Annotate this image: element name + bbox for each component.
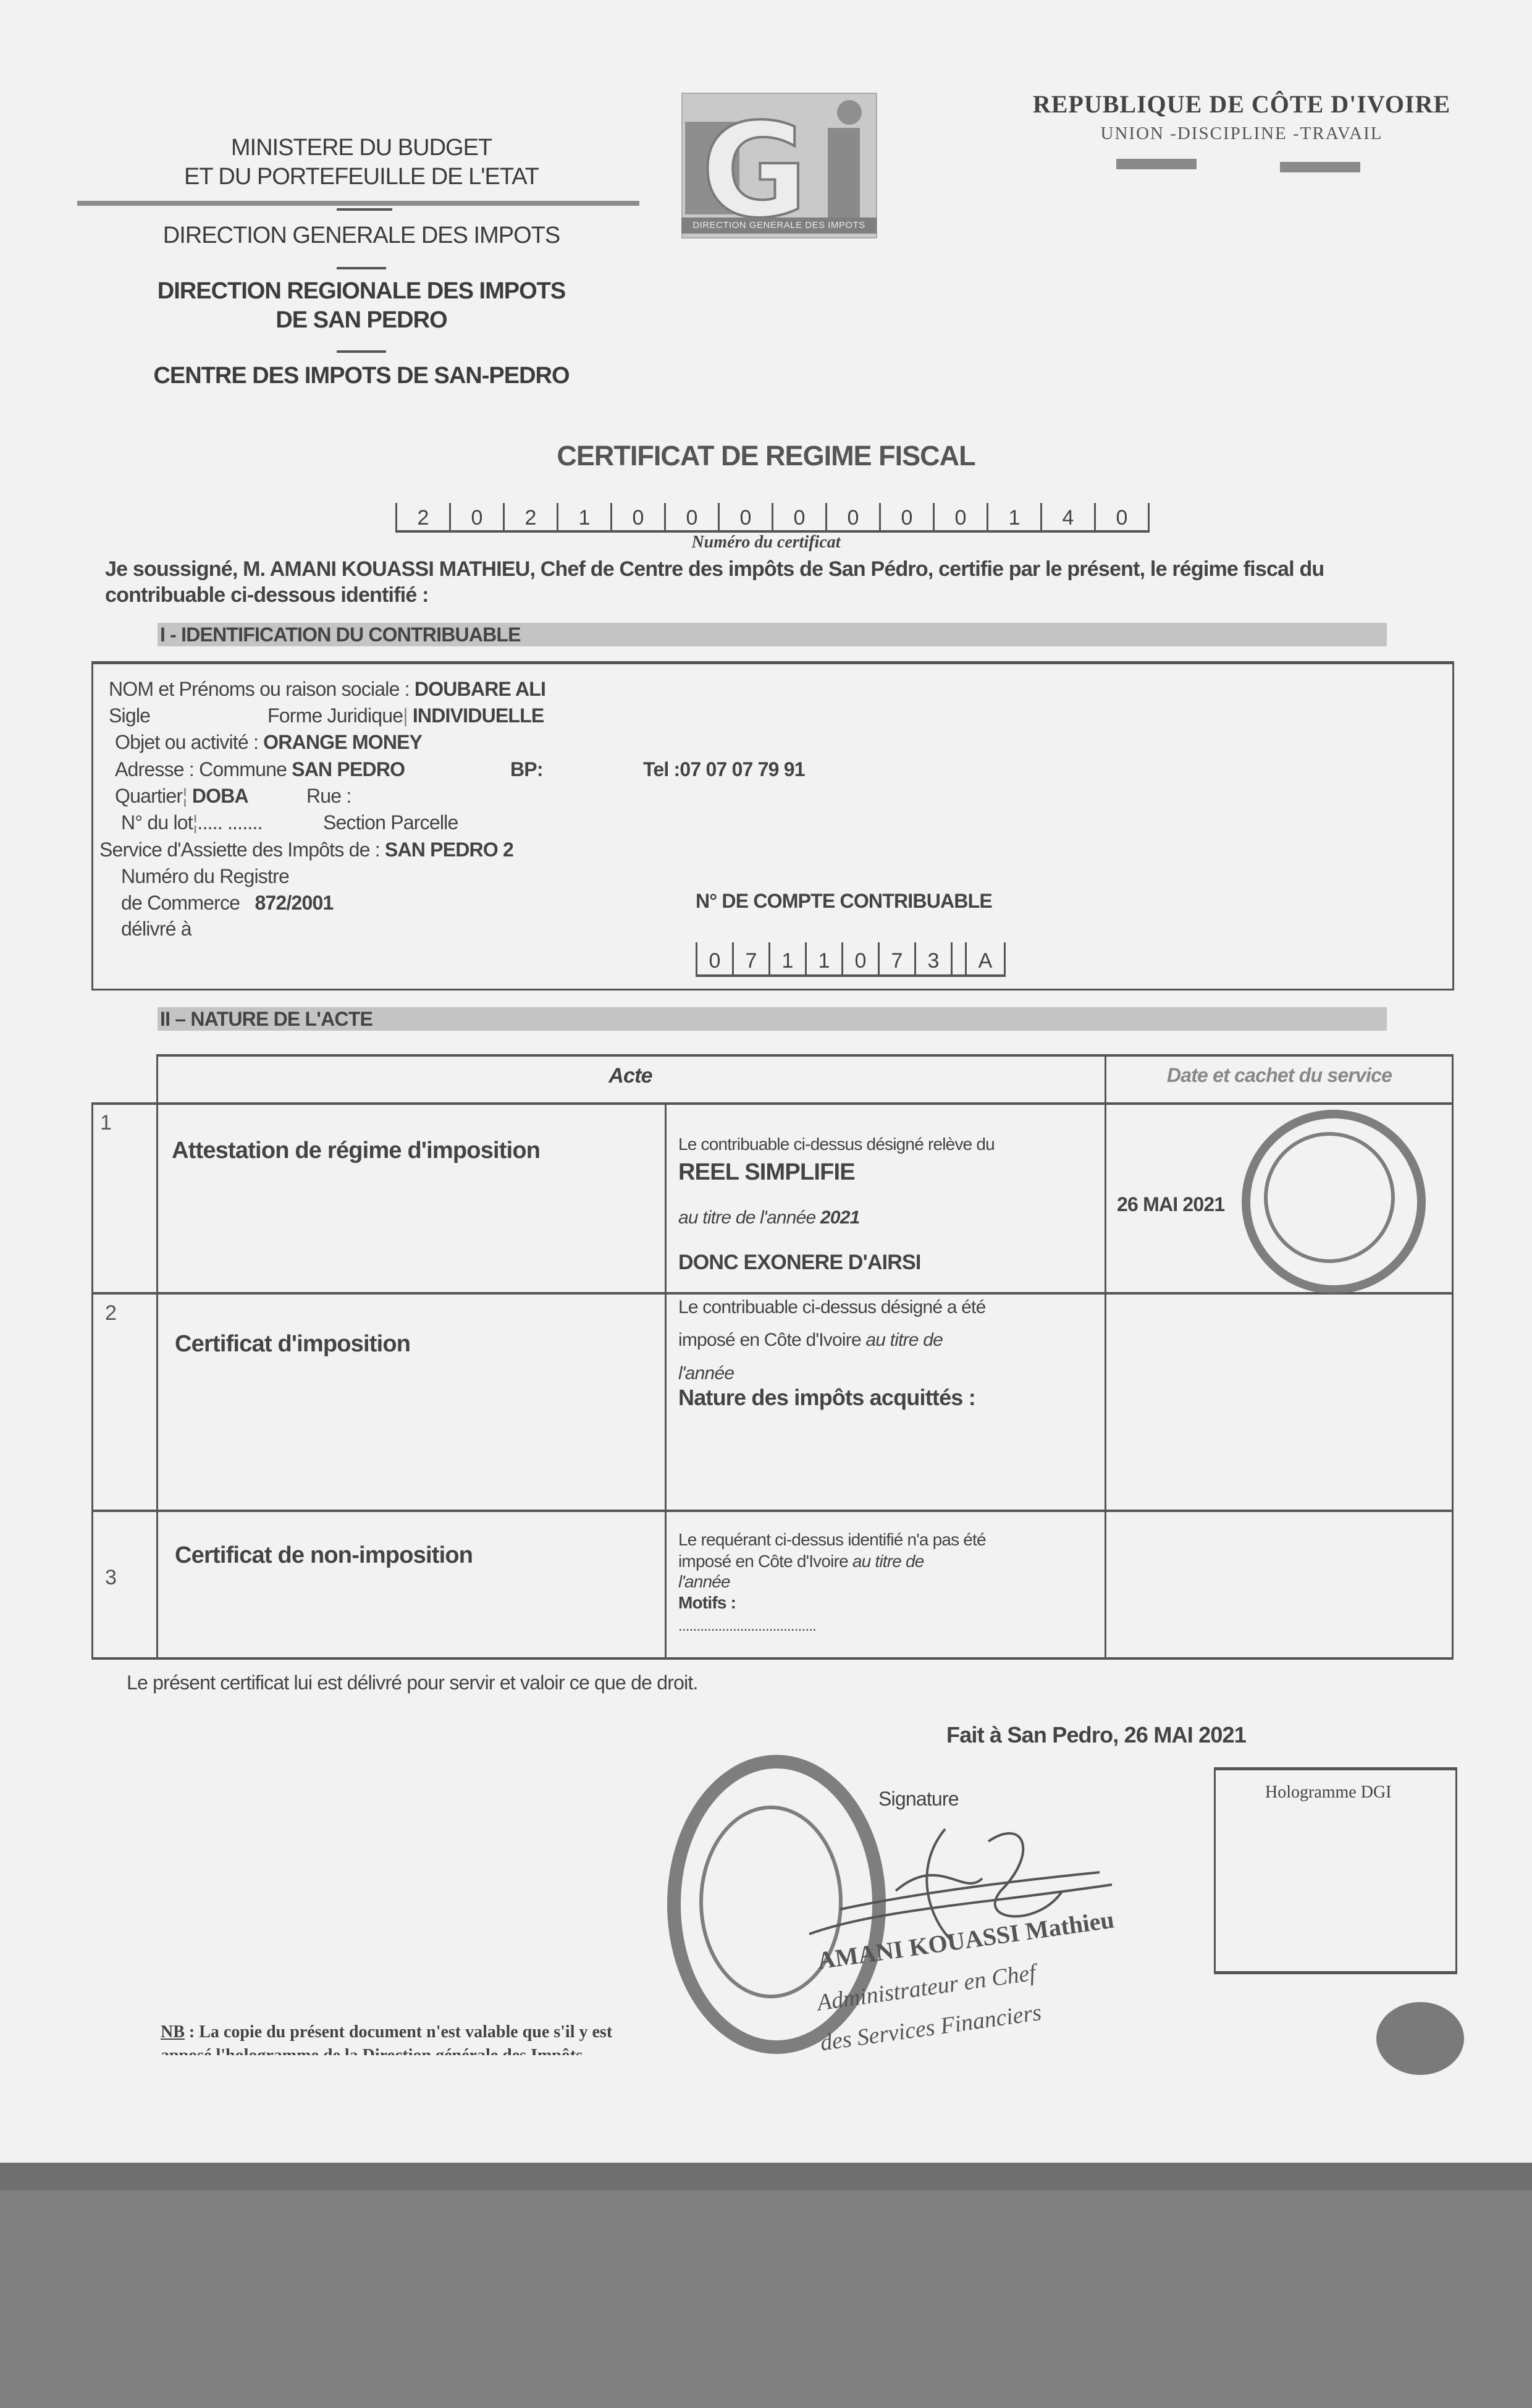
account-digit: 3 — [914, 942, 951, 977]
objet-label: Objet ou activité : — [115, 731, 263, 753]
account-digit: 1 — [768, 942, 805, 977]
hologram-label: Hologramme DGI — [1265, 1783, 1392, 1802]
account-digit: 7 — [878, 942, 914, 977]
quartier-value: DOBA — [192, 785, 248, 807]
nb-note: NB : La copie du présent document n'est … — [161, 2021, 612, 2068]
ministry-line-1: MINISTERE DU BUDGET — [74, 135, 649, 161]
row-3-acte: Certificat de non-imposition — [175, 1542, 473, 1569]
table-border — [156, 1054, 158, 1658]
document-page: MINISTERE DU BUDGET ET DU PORTEFEUILLE D… — [0, 0, 1532, 2163]
desc-text: imposé en Côte d'Ivoire — [678, 1330, 865, 1350]
table-border — [91, 1657, 1454, 1660]
row-1-acte: Attestation de régime d'imposition — [172, 1138, 540, 1164]
desc-text: imposé en Côte d'Ivoire — [678, 1552, 852, 1571]
table-border — [1452, 1054, 1454, 1658]
rue-label: Rue : — [306, 785, 351, 808]
certificate-number-caption: Numéro du certificat — [0, 533, 1532, 552]
row-3-desc-3: l'année — [678, 1572, 730, 1592]
row-3-motifs: Motifs : — [678, 1593, 736, 1613]
certificate-digit: 0 — [664, 503, 718, 530]
objet-value: ORANGE MONEY — [263, 731, 422, 753]
row-3-desc-1: Le requérant ci-dessus identifié n'a pas… — [678, 1530, 986, 1550]
scan-shadow-band — [0, 2163, 1532, 2190]
closing-statement: Le présent certificat lui est délivré po… — [127, 1671, 698, 1694]
forme-value: INDIVIDUELLE — [413, 704, 544, 727]
objet-field: Objet ou activité : ORANGE MONEY — [115, 731, 422, 754]
table-border — [156, 1054, 1454, 1057]
header-dash — [337, 208, 392, 211]
forme-field: Forme Juridique| INDIVIDUELLE — [267, 704, 544, 727]
lot-field: N° du lot¦..... ....... — [121, 811, 263, 834]
row-1-desc: Le contribuable ci-dessus désigné relève… — [678, 1134, 995, 1154]
lot-value: ..... ....... — [197, 811, 262, 834]
certificate-digit: 0 — [879, 503, 933, 530]
logo-caption: DIRECTION GENERALE DES IMPOTS — [681, 218, 877, 234]
commune-value: SAN PEDRO — [292, 758, 405, 780]
dgi-logo: G — [681, 93, 877, 239]
row-3-desc-2: imposé en Côte d'Ivoire au titre de — [678, 1552, 924, 1571]
desc-italic: au titre de — [852, 1552, 924, 1571]
year-value: 2021 — [820, 1207, 860, 1228]
service-stamp — [1242, 1110, 1426, 1294]
country-motto: UNION -DISCIPLINE -TRAVAIL — [1019, 124, 1464, 144]
certificate-digit: 0 — [825, 503, 879, 530]
bp-label: BP: — [510, 758, 543, 781]
row-1-year: au titre de l'année 2021 — [678, 1207, 859, 1228]
flag-bar-right — [1280, 162, 1360, 172]
lot-label: N° du lot — [121, 811, 193, 834]
row-2-desc-2: imposé en Côte d'Ivoire au titre de — [678, 1330, 943, 1351]
registre-label-2: de Commerce — [121, 892, 240, 914]
header-rule — [77, 201, 639, 206]
desc-italic: au titre de — [865, 1330, 943, 1350]
name-value: DOUBARE ALI — [415, 678, 545, 700]
intro-paragraph: Je soussigné, M. AMANI KOUASSI MATHIEU, … — [105, 556, 1378, 608]
registre-label-1: Numéro du Registre — [121, 865, 289, 888]
account-separator — [951, 942, 965, 977]
nb-text: : La copie du présent document n'est val… — [185, 2022, 612, 2042]
table-border — [665, 1102, 667, 1658]
certificate-digit: 0 — [718, 503, 772, 530]
row-2-desc-1: Le contribuable ci-dessus désigné a été — [678, 1297, 985, 1318]
account-digit: 1 — [805, 942, 841, 977]
certificate-digit: 0 — [449, 503, 503, 530]
table-border — [91, 1102, 1454, 1105]
stamp-ring — [1264, 1132, 1395, 1263]
account-digit: 0 — [841, 942, 878, 977]
telephone: Tel :07 07 07 79 91 — [643, 758, 805, 781]
taxpayer-account-number: 0711073A — [696, 942, 1006, 977]
logo-g-letter: G — [701, 106, 807, 236]
quartier-field: Quartier¦ DOBA — [115, 785, 248, 808]
certificate-digit: 0 — [610, 503, 664, 530]
logo-i-dot — [837, 100, 862, 125]
row-1-note: DONC EXONERE D'AIRSI — [678, 1251, 921, 1275]
table-border — [91, 1102, 93, 1658]
row-1-regime: REEL SIMPLIFIE — [678, 1159, 855, 1186]
compte-label: N° DE COMPTE CONTRIBUABLE — [696, 890, 992, 913]
year-label: au titre de l'année — [678, 1207, 815, 1228]
centre-line: CENTRE DES IMPOTS DE SAN-PEDRO — [74, 363, 649, 389]
service-label: Service d'Assiette des Impôts de : — [99, 839, 385, 861]
column-header-acte: Acte — [156, 1064, 1105, 1088]
row-3-dotted-line: ...................................... — [678, 1618, 816, 1635]
certificate-digit: 0 — [933, 503, 987, 530]
header-dash — [337, 267, 386, 269]
regional-line-2: DE SAN PEDRO — [74, 307, 649, 334]
hologram-box: Hologramme DGI — [1214, 1767, 1457, 1974]
section-2-header: II – NATURE DE L'ACTE — [158, 1007, 1387, 1031]
forme-label: Forme Juridique — [267, 704, 403, 727]
nb-text-2: apposé l'hologramme de la Direction géné… — [161, 2044, 583, 2055]
quartier-label: Quartier — [115, 785, 182, 807]
account-digit: 7 — [732, 942, 768, 977]
delivre-label: délivré à — [121, 918, 192, 940]
table-border — [1105, 1054, 1106, 1658]
registre-field: de Commerce 872/2001 — [121, 892, 334, 915]
regional-line-1: DIRECTION REGIONALE DES IMPOTS — [74, 278, 649, 305]
dgi-line: DIRECTION GENERALE DES IMPOTS — [74, 222, 649, 249]
gray-dot-mark — [1376, 2002, 1464, 2075]
flag-bar-left — [1116, 159, 1197, 169]
certificate-digit: 0 — [1094, 503, 1150, 530]
section-1-header: I - IDENTIFICATION DU CONTRIBUABLE — [158, 623, 1387, 646]
column-header-date-cachet: Date et cachet du service — [1106, 1064, 1452, 1087]
nb-label: NB — [161, 2022, 185, 2042]
row-2-acte: Certificat d'imposition — [175, 1331, 410, 1358]
row-2-number: 2 — [105, 1301, 116, 1325]
adresse-field: Adresse : Commune SAN PEDRO — [115, 758, 405, 781]
logo-i-bar — [828, 128, 860, 221]
service-value: SAN PEDRO 2 — [385, 839, 513, 861]
ministry-line-2: ET DU PORTEFEUILLE DE L'ETAT — [74, 164, 649, 190]
account-key: A — [965, 942, 1006, 977]
country-name: REPUBLIQUE DE CÔTE D'IVOIRE — [1019, 90, 1464, 119]
row-1-stamp-date: 26 MAI 2021 — [1117, 1193, 1224, 1216]
certificate-digit: 4 — [1040, 503, 1094, 530]
sigle-label: Sigle — [109, 704, 150, 727]
document-title: CERTIFICAT DE REGIME FISCAL — [0, 440, 1532, 472]
signature-label: Signature — [878, 1788, 959, 1810]
row-3-number: 3 — [105, 1566, 116, 1590]
name-label: NOM et Prénoms ou raison sociale : — [109, 678, 415, 700]
registre-value: 872/2001 — [255, 892, 333, 914]
certificate-digit: 0 — [772, 503, 825, 530]
place-and-date: Fait à San Pedro, 26 MAI 2021 — [946, 1722, 1246, 1748]
taxpayer-identification-box: NOM et Prénoms ou raison sociale : DOUBA… — [91, 661, 1454, 991]
row-2-nature: Nature des impôts acquittés : — [678, 1385, 975, 1411]
section-1-title: I - IDENTIFICATION DU CONTRIBUABLE — [160, 623, 521, 646]
table-border — [91, 1510, 1454, 1512]
row-1-number: 1 — [100, 1111, 111, 1135]
account-digit: 0 — [696, 942, 732, 977]
row-2-desc-3: l'année — [678, 1363, 734, 1384]
certificate-number: 20210000000140 — [395, 503, 1150, 533]
table-border — [91, 1292, 1454, 1295]
certificate-digit: 1 — [557, 503, 610, 530]
certificate-digit: 1 — [987, 503, 1040, 530]
name-field: NOM et Prénoms ou raison sociale : DOUBA… — [109, 678, 545, 701]
adresse-label: Adresse : Commune — [115, 758, 287, 780]
certificate-digit: 2 — [395, 503, 449, 530]
service-field: Service d'Assiette des Impôts de : SAN P… — [99, 839, 513, 861]
section-parcelle-label: Section Parcelle — [323, 811, 458, 834]
certificate-digit: 2 — [503, 503, 557, 530]
section-2-title: II – NATURE DE L'ACTE — [160, 1008, 372, 1031]
acts-table: Acte Date et cachet du service 1 Attesta… — [91, 1054, 1454, 1660]
header-dash — [337, 350, 386, 353]
